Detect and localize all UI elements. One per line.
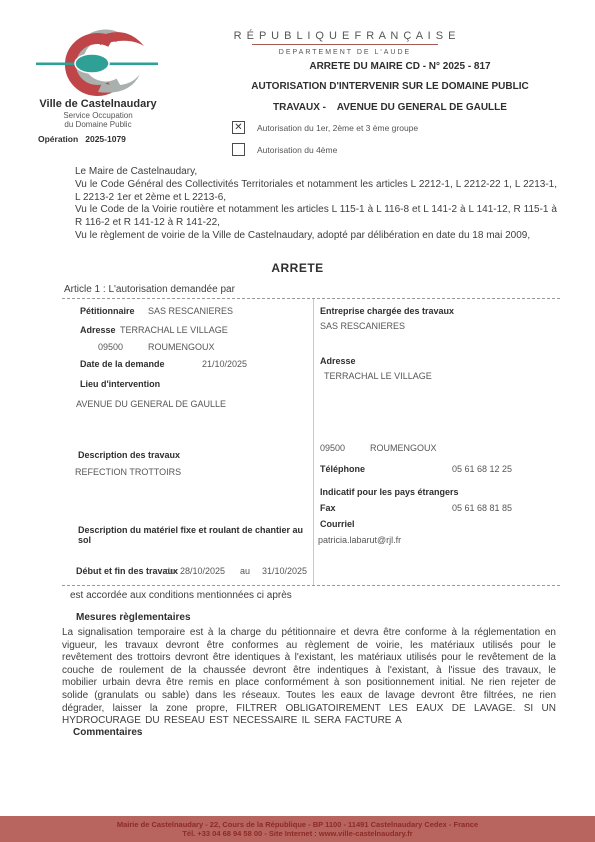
petitionnaire-label: Pétitionnaire: [80, 306, 135, 316]
service-line2: du Domaine Public: [18, 120, 178, 129]
lieu-intervention-value: AVENUE DU GENERAL DE GAULLE: [76, 399, 226, 409]
intro-paragraphs: Le Maire de Castelnaudary, Vu le Code Gé…: [75, 166, 557, 243]
checkbox-row-groupe123: ✕ Autorisation du 1er, 2ème et 3 ème gro…: [232, 121, 418, 134]
commentaires-title: Commentaires: [73, 727, 142, 738]
entreprise-ville: ROUMENGOUX: [370, 443, 437, 453]
city-logo-icon: [36, 28, 158, 100]
checkbox-groupe123-label: Autorisation du 1er, 2ème et 3 ème group…: [257, 123, 418, 133]
checkbox-groupe123: ✕: [232, 121, 245, 134]
petitionnaire-ville: ROUMENGOUX: [148, 342, 215, 352]
departement: DEPARTEMENT DE L'AUDE: [230, 49, 460, 56]
entreprise-adresse-label: Adresse: [320, 356, 356, 366]
document-page: Ville de Castelnaudary Service Occupatio…: [0, 0, 595, 842]
date-fin-value: 31/10/2025: [262, 566, 307, 576]
description-materiel-label: Description du matériel fixe et roulant …: [78, 525, 308, 545]
entreprise-adresse-value: TERRACHAL LE VILLAGE: [324, 371, 432, 381]
checkbox-groupe4: [232, 143, 245, 156]
petitionnaire-adresse-label: Adresse: [80, 325, 116, 335]
fax-value: 05 61 68 81 85: [452, 503, 512, 513]
republique-francaise: R É P U B L I Q U E F R A N Ç A I S E: [230, 30, 460, 42]
service-line1: Service Occupation: [18, 111, 178, 120]
intro-line-cgct: Vu le Code Général des Collectivités Ter…: [75, 179, 557, 205]
autorisation-title: AUTORISATION D'INTERVENIR SUR LE DOMAINE…: [200, 81, 580, 92]
arrete-heading: ARRETE: [0, 261, 595, 275]
intro-line-reglement-voirie: Vu le règlement de voirie de la Ville de…: [75, 230, 557, 243]
operation-number: Opération 2025-1079: [38, 134, 126, 144]
debut-fin-au: au: [240, 566, 250, 576]
header-rule: [252, 44, 438, 45]
checkbox-groupe4-label: Autorisation du 4ème: [257, 145, 337, 155]
castelnaudary-logo: [36, 28, 158, 100]
description-travaux-label: Description des travaux: [78, 450, 180, 460]
operation-value: 2025-1079: [85, 134, 126, 144]
checkbox-row-groupe4: Autorisation du 4ème: [232, 143, 337, 156]
intro-line-voirie-routiere: Vu le Code de la Voirie routière et nota…: [75, 204, 557, 230]
table-column-divider: [313, 299, 314, 585]
telephone-value: 05 61 68 12 25: [452, 464, 512, 474]
fax-label: Fax: [320, 503, 336, 513]
debut-fin-label: Début et fin des travaux: [76, 566, 178, 576]
indicatif-label: Indicatif pour les pays étrangers: [320, 487, 459, 497]
checkbox-groupe123-mark: ✕: [234, 123, 242, 133]
arrete-number: ARRETE DU MAIRE CD - N° 2025 - 817: [230, 61, 570, 72]
mesures-title: Mesures règlementaires: [76, 612, 191, 623]
petitionnaire-value: SAS RESCANIERES: [148, 306, 233, 316]
description-travaux-value: REFECTION TROTTOIRS: [75, 467, 181, 477]
petitionnaire-adresse-value: TERRACHAL LE VILLAGE: [120, 325, 228, 335]
date-debut-value: 28/10/2025: [180, 566, 225, 576]
date-demande-label: Date de la demande: [80, 359, 165, 369]
intro-line-maire: Le Maire de Castelnaudary,: [75, 166, 557, 179]
footer-address: Mairie de Castelnaudary - 22, Cours de l…: [117, 820, 478, 830]
entreprise-label: Entreprise chargée des travaux: [320, 306, 454, 316]
entreprise-value: SAS RESCANIERES: [320, 321, 405, 331]
footer-contact: Tél. +33 04 68 94 58 00 - Site Internet …: [182, 829, 412, 839]
debut-fin-du: du: [165, 566, 175, 576]
courriel-label: Courriel: [320, 519, 355, 529]
mesures-text: La signalisation temporaire est à la cha…: [62, 627, 556, 728]
sidebar-identity: Ville de Castelnaudary Service Occupatio…: [18, 98, 178, 129]
travaux-title: TRAVAUX - AVENUE DU GENERAL DE GAULLE: [200, 102, 580, 113]
courriel-value: patricia.labarut@rjl.fr: [318, 535, 401, 545]
city-name: Ville de Castelnaudary: [18, 98, 178, 110]
lieu-intervention-label: Lieu d'intervention: [80, 379, 160, 389]
telephone-label: Téléphone: [320, 464, 365, 474]
article1-line: Article 1 : L'autorisation demandée par: [64, 284, 235, 295]
operation-label: Opération: [38, 134, 78, 144]
authorization-table: Pétitionnaire SAS RESCANIERES Adresse TE…: [62, 298, 560, 586]
accordee-line: est accordée aux conditions mentionnées …: [70, 590, 292, 601]
entreprise-cp: 09500: [320, 443, 345, 453]
footer-band: Mairie de Castelnaudary - 22, Cours de l…: [0, 816, 595, 842]
petitionnaire-cp: 09500: [98, 342, 123, 352]
date-demande-value: 21/10/2025: [202, 359, 247, 369]
